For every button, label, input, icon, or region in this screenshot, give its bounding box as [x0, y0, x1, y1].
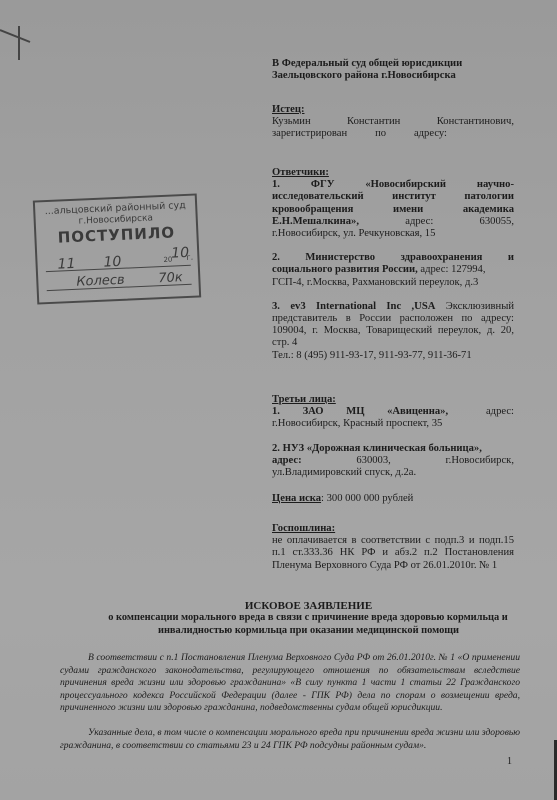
addressee: В Федеральный суд общей юрисдикции Заель… [272, 58, 514, 82]
plaintiff-name: Кузьмин Константин Константинович, [272, 116, 514, 128]
defendant-3: 3. ev3 International Inc ,USA Эксклюзивн… [272, 301, 514, 350]
defendant-1-line: кровообращения имени академика [272, 204, 514, 216]
defendant-2-address-tail: адрес: 127994, [418, 264, 486, 275]
defendant-2-line: 2. Министерство здравоохранения и [272, 252, 514, 264]
claim-price-value: : 300 000 000 рублей [321, 493, 413, 504]
addressee-line2: Заельцовского района г.Новосибирска [272, 70, 514, 82]
address-label: адрес: [272, 455, 302, 467]
plaintiff-section: Истец: Кузьмин Константин Константинович… [272, 104, 514, 141]
defendant-2-name-end: социального развития России, [272, 264, 418, 275]
defendant-1-address: г.Новосибирск, ул. Речкуновская, 15 [272, 228, 514, 240]
third-parties-heading: Третьи лица: [272, 394, 514, 406]
court-received-stamp: ...альцовский районный суд г.Новосибирск… [33, 193, 201, 304]
name-word: Константин [347, 116, 400, 128]
stamp-month: 10 [103, 254, 122, 271]
defendant-3-name: 3. ev3 International Inc ,USA [272, 301, 435, 312]
stamp-year-suffix: г. [186, 253, 193, 262]
pin-mark-icon [0, 20, 40, 65]
document-subtitle-line2: инвалидностью кормильца при оказании мед… [60, 625, 557, 636]
postcode: 630003, [356, 455, 390, 467]
third-party-1-address: г.Новосибирск, Красный проспект, 35 [272, 418, 514, 430]
city: г.Новосибирск, [446, 455, 514, 467]
defendants-heading: Ответчики: [272, 167, 514, 179]
defendants-section: Ответчики: 1. ФГУ «Новосибирский научно-… [272, 167, 514, 362]
address-word: по [375, 128, 386, 140]
state-fee-section: Госпошлина: не оплачивается в соответств… [272, 523, 514, 572]
body-paragraph-2: Указанные дела, в том числе о компенсаци… [60, 727, 520, 752]
stamp-day: 11 [57, 256, 76, 273]
address-label: адрес: [405, 216, 433, 228]
defendant-1-name-end: Е.Н.Мешалкина», [272, 216, 359, 228]
name-word: Константинович, [437, 116, 514, 128]
claim-price: Цена иска: 300 000 000 рублей [272, 493, 514, 505]
document-title: ИСКОВОЕ ЗАЯВЛЕНИЕ [60, 600, 557, 612]
third-party-1-line: 1. ЗАО МЦ «Авиценна», адрес: [272, 406, 514, 418]
postcode: 630055, [480, 216, 514, 228]
stamp-signature: Колесв [76, 273, 125, 290]
address-word: адресу: [414, 128, 447, 140]
address-word: зарегистрирован [272, 128, 347, 140]
plaintiff-address: зарегистрирован по адресу: [272, 128, 447, 140]
third-party-1-name: 1. ЗАО МЦ «Авиценна», [272, 406, 448, 418]
defendant-3-phones: Тел.: 8 (495) 911-93-17, 911-93-77, 911-… [272, 350, 514, 362]
state-fee-text: не оплачивается в соответствии с подп.3 … [272, 535, 514, 572]
plaintiff-heading: Истец: [272, 104, 514, 116]
third-parties-section: Третьи лица: 1. ЗАО МЦ «Авиценна», адрес… [272, 394, 514, 479]
third-party-2-address-line: адрес: 630003, г.Новосибирск, [272, 455, 514, 467]
page-number: 1 [507, 756, 512, 767]
address-label: адрес: [486, 406, 514, 418]
defendant-2-address: ГСП-4, г.Москва, Рахмановский переулок, … [272, 277, 514, 289]
defendant-1-address-line: Е.Н.Мешалкина», адрес: 630055, [272, 216, 514, 228]
stamp-signature-line: Колесв 70к [46, 270, 192, 291]
body-paragraph-1: В соответствии с п.1 Постановления Плену… [60, 652, 520, 715]
third-party-2-name: 2. НУЗ «Дорожная клиническая больница», [272, 443, 514, 455]
defendant-1-line: исследовательский институт патологии [272, 191, 514, 203]
defendant-2-name-line: социального развития России, адрес: 1279… [272, 264, 514, 276]
document-subtitle-line1: о компенсации морального вреда в связи с… [58, 612, 557, 623]
defendant-1-line: 1. ФГУ «Новосибирский научно- [272, 179, 514, 191]
state-fee-heading: Госпошлина: [272, 523, 514, 535]
name-word: Кузьмин [272, 116, 311, 128]
addressee-line1: В Федеральный суд общей юрисдикции [272, 58, 514, 70]
stamp-number: 70к [158, 270, 183, 286]
stamp-date: 11 10 20 10 г. [45, 251, 191, 272]
claim-price-label: Цена иска [272, 493, 321, 504]
third-party-2-address: ул.Владимировский спуск, д.2а. [272, 467, 514, 479]
